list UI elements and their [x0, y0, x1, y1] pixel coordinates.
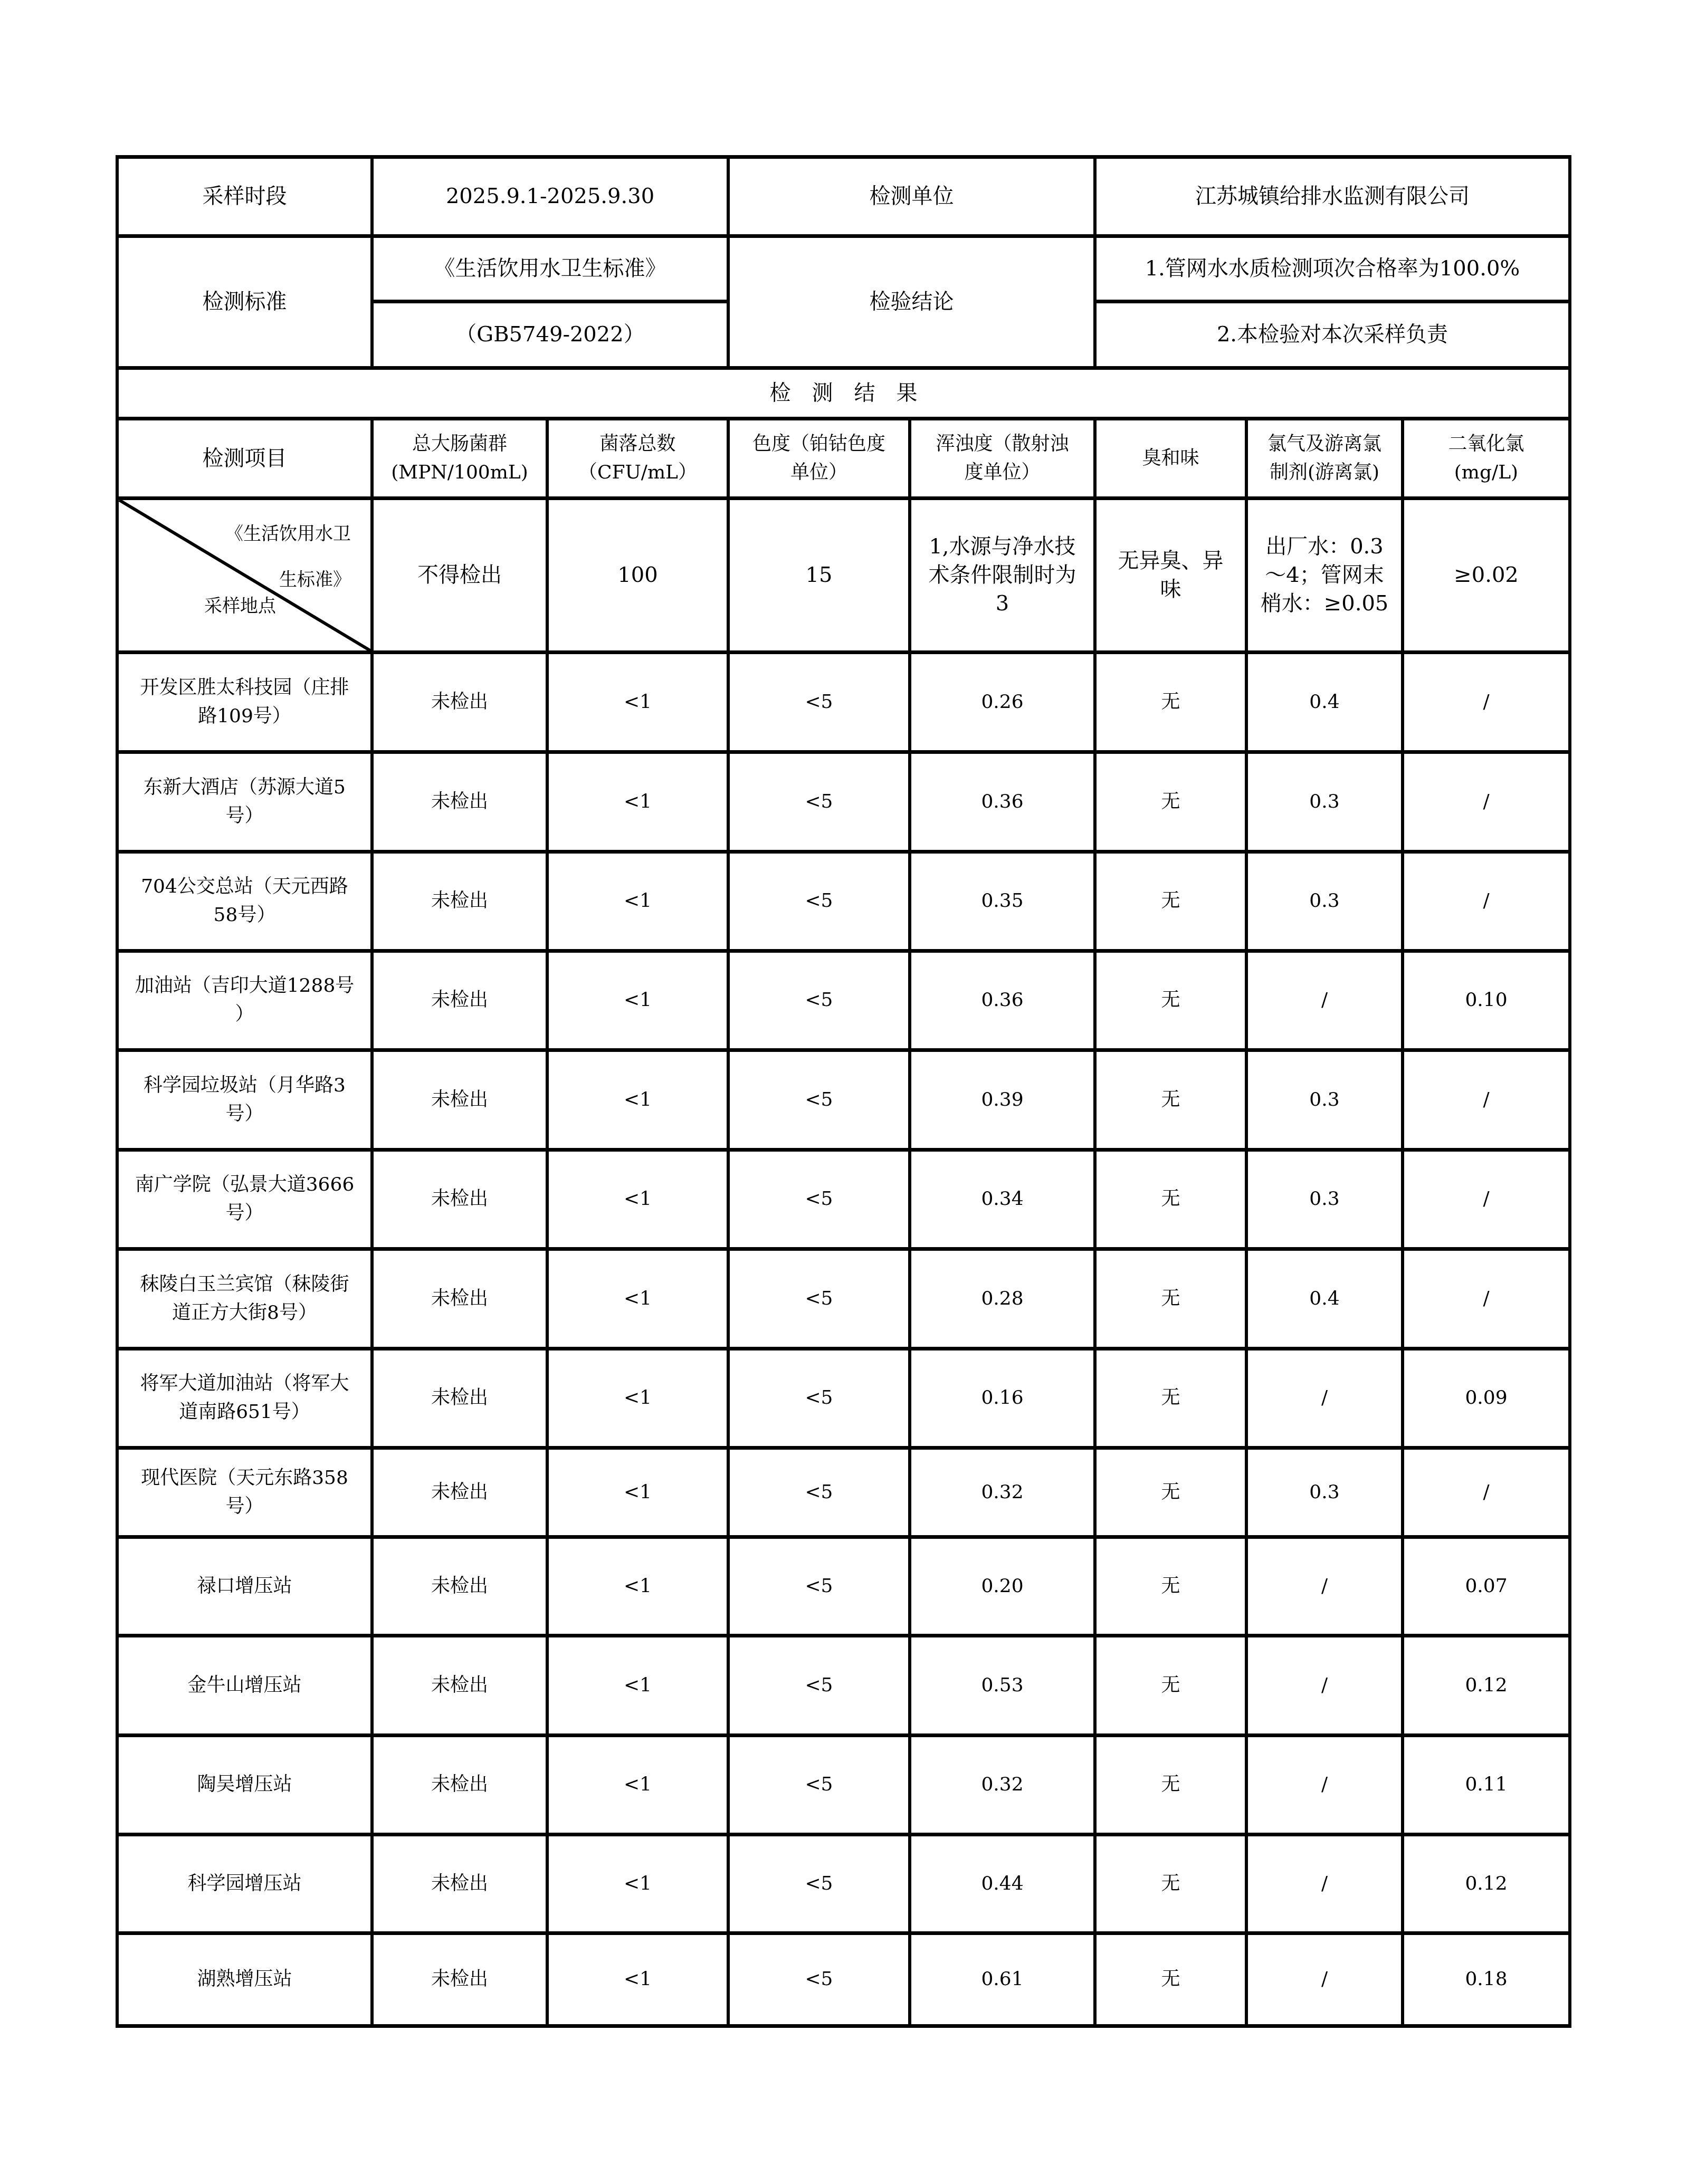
measurement-value: <1 [547, 1834, 728, 1933]
measurement-value: 0.10 [1403, 951, 1570, 1050]
measurement-value: 0.36 [910, 752, 1095, 851]
column-header: 色度（铂钴色度 单位） [728, 418, 910, 498]
period-label: 采样时段 [117, 157, 372, 236]
measurement-value: <1 [547, 1735, 728, 1834]
diagonal-standard-text-1: 《生活饮用水卫 [225, 523, 351, 544]
measurement-value: 无 [1095, 851, 1246, 951]
measurement-value: <1 [547, 1537, 728, 1635]
measurement-value: 无 [1095, 752, 1246, 851]
measurement-value: / [1246, 1933, 1403, 2026]
standard-limit: 1,水源与净水技 术条件限制时为 3 [910, 498, 1095, 652]
measurement-value: <5 [728, 951, 910, 1050]
measurement-value: 未检出 [372, 1635, 547, 1735]
table-rule [116, 1931, 1571, 1935]
measurement-value: <1 [547, 652, 728, 752]
measurement-value: / [1403, 851, 1570, 951]
measurement-value: 无 [1095, 1348, 1246, 1448]
conclusion-2: 2.本检验对本次采样负责 [1095, 301, 1570, 368]
measurement-value: 未检出 [372, 1050, 547, 1150]
table-rule [1093, 418, 1097, 2027]
measurement-value: 未检出 [372, 1150, 547, 1249]
measurement-value: / [1403, 1448, 1570, 1537]
sampling-site: 现代医院（天元东路358 号） [117, 1448, 372, 1537]
standard-limit: 100 [547, 498, 728, 652]
table-rule [116, 155, 1571, 159]
sampling-site: 湖熟增压站 [117, 1933, 372, 2026]
table-rule [116, 234, 1571, 238]
sampling-site: 开发区胜太科技园（庄排 路109号） [117, 652, 372, 752]
sampling-site: 将军大道加油站（将军大 道南路651号） [117, 1348, 372, 1448]
measurement-value: 0.07 [1403, 1537, 1570, 1635]
measurement-value: 无 [1095, 1635, 1246, 1735]
sampling-site: 南广学院（弘景大道3666 号） [117, 1150, 372, 1249]
measurement-value: 0.36 [910, 951, 1095, 1050]
measurement-value: 0.3 [1246, 851, 1403, 951]
table-rule [116, 1833, 1571, 1836]
table-rule [370, 418, 374, 2027]
measurement-value: <5 [728, 1635, 910, 1735]
measurement-value: 0.3 [1246, 1050, 1403, 1150]
measurement-value: / [1246, 1348, 1403, 1448]
measurement-value: 0.35 [910, 851, 1095, 951]
table-rule [116, 157, 119, 2027]
table-rule [116, 1148, 1571, 1152]
measurement-value: <5 [728, 1735, 910, 1834]
measurement-value: / [1246, 1735, 1403, 1834]
measurement-value: 未检出 [372, 1933, 547, 2026]
table-rule [546, 418, 549, 2027]
standard-limit: ≥0.02 [1403, 498, 1570, 652]
measurement-value: 0.16 [910, 1348, 1095, 1448]
sampling-site: 加油站（吉印大道1288号 ） [117, 951, 372, 1050]
measurement-value: / [1246, 951, 1403, 1050]
measurement-value: <5 [728, 1249, 910, 1348]
measurement-value: <5 [728, 1537, 910, 1635]
table-rule [116, 1634, 1571, 1637]
table-rule [116, 850, 1571, 854]
measurement-value: 0.18 [1403, 1933, 1570, 2026]
table-rule [1093, 300, 1571, 303]
measurement-value: <5 [728, 752, 910, 851]
measurement-value: 0.26 [910, 652, 1095, 752]
sampling-site: 东新大酒店（苏源大道5 号） [117, 752, 372, 851]
table-rule [116, 1535, 1571, 1539]
table-rule [370, 157, 374, 368]
measurement-value: <5 [728, 1448, 910, 1537]
measurement-value: 0.3 [1246, 752, 1403, 851]
table-rule [1093, 157, 1097, 368]
measurement-value: 未检出 [372, 1735, 547, 1834]
measurement-value: 无 [1095, 1448, 1246, 1537]
measurement-value: 0.3 [1246, 1150, 1403, 1249]
table-rule [727, 418, 730, 2027]
measurement-value: 0.11 [1403, 1735, 1570, 1834]
column-header: 氯气及游离氯 制剂(游离氯) [1246, 418, 1403, 498]
measurement-value: 未检出 [372, 752, 547, 851]
measurement-value: <5 [728, 1050, 910, 1150]
table-rule [116, 750, 1571, 754]
measurement-value: <1 [547, 1348, 728, 1448]
conclusion-1: 1.管网水水质检测项次合格率为100.0% [1095, 236, 1570, 301]
measurement-value: / [1403, 752, 1570, 851]
table-rule [116, 1048, 1571, 1052]
measurement-value: 未检出 [372, 1348, 547, 1448]
standard-limit: 15 [728, 498, 910, 652]
measurement-value: / [1403, 1050, 1570, 1150]
measurement-value: 0.20 [910, 1537, 1095, 1635]
table-rule [1568, 157, 1571, 2027]
measurement-value: <5 [728, 1933, 910, 2026]
table-rule [1401, 418, 1404, 2027]
sampling-site: 704公交总站（天元西路 58号） [117, 851, 372, 951]
column-header: 臭和味 [1095, 418, 1246, 498]
measurement-value: 0.09 [1403, 1348, 1570, 1448]
measurement-value: 0.53 [910, 1635, 1095, 1735]
table-rule [370, 300, 730, 303]
measurement-value: <1 [547, 1050, 728, 1150]
standard-code: （GB5749-2022） [372, 301, 728, 368]
column-header: 浑浊度（散射浊 度单位） [910, 418, 1095, 498]
measurement-value: 0.4 [1246, 1249, 1403, 1348]
table-rule [1245, 418, 1248, 2027]
standard-limit: 无异臭、异 味 [1095, 498, 1246, 652]
column-header: 总大肠菌群 (MPN/100mL) [372, 418, 547, 498]
measurement-value: / [1403, 1150, 1570, 1249]
measurement-value: <5 [728, 1348, 910, 1448]
measurement-value: <1 [547, 752, 728, 851]
sampling-site: 秣陵白玉兰宾馆（秣陵街 道正方大街8号） [117, 1249, 372, 1348]
measurement-value: <5 [728, 652, 910, 752]
table-rule [116, 366, 1571, 370]
table-rule [116, 417, 1571, 420]
sampling-site: 科学园增压站 [117, 1834, 372, 1933]
measurement-value: <1 [547, 1448, 728, 1537]
diagonal-header-cell: 《生活饮用水卫生标准》采样地点 [117, 498, 372, 652]
measurement-value: 无 [1095, 652, 1246, 752]
measurement-value: / [1246, 1635, 1403, 1735]
diagonal-standard-text-2: 生标准》 [279, 569, 351, 590]
diagonal-site-label: 采样地点 [204, 596, 276, 617]
measurement-value: 无 [1095, 1834, 1246, 1933]
table-rule [116, 1347, 1571, 1350]
table-rule [116, 496, 1571, 500]
table-rule [727, 157, 730, 368]
measurement-value: / [1403, 1249, 1570, 1348]
conclusion-label: 检验结论 [728, 236, 1095, 368]
item-label: 检测项目 [117, 418, 372, 498]
table-rule [116, 1247, 1571, 1251]
measurement-value: 0.39 [910, 1050, 1095, 1150]
table-rule [116, 2024, 1571, 2028]
measurement-value: 无 [1095, 1735, 1246, 1834]
measurement-value: 无 [1095, 951, 1246, 1050]
measurement-value: <1 [547, 1635, 728, 1735]
column-header: 菌落总数 （CFU/mL） [547, 418, 728, 498]
measurement-value: 未检出 [372, 1448, 547, 1537]
measurement-value: 0.34 [910, 1150, 1095, 1249]
measurement-value: 无 [1095, 1150, 1246, 1249]
measurement-value: 0.44 [910, 1834, 1095, 1933]
table-rule [116, 650, 1571, 654]
measurement-value: 未检出 [372, 1249, 547, 1348]
table-rule [116, 949, 1571, 953]
table-rule [908, 418, 911, 2027]
measurement-value: 0.32 [910, 1735, 1095, 1834]
standard-limit: 不得检出 [372, 498, 547, 652]
measurement-value: <1 [547, 1933, 728, 2026]
measurement-value: 无 [1095, 1933, 1246, 2026]
measurement-value: <5 [728, 1150, 910, 1249]
measurement-value: <1 [547, 851, 728, 951]
measurement-value: 未检出 [372, 951, 547, 1050]
sampling-site: 金牛山增压站 [117, 1635, 372, 1735]
table-rule [116, 1446, 1571, 1450]
measurement-value: 无 [1095, 1249, 1246, 1348]
measurement-value: <1 [547, 1249, 728, 1348]
measurement-value: 无 [1095, 1050, 1246, 1150]
standard-label: 检测标准 [117, 236, 372, 368]
measurement-value: 未检出 [372, 851, 547, 951]
unit-value: 江苏城镇给排水监测有限公司 [1095, 157, 1570, 236]
measurement-value: 0.12 [1403, 1635, 1570, 1735]
measurement-value: <5 [728, 1834, 910, 1933]
sampling-site: 陶吴增压站 [117, 1735, 372, 1834]
column-header: 二氧化氯 (mg/L) [1403, 418, 1570, 498]
water-quality-report-page: 采样时段2025.9.1-2025.9.30检测单位江苏城镇给排水监测有限公司检… [0, 0, 1687, 2184]
measurement-value: / [1246, 1537, 1403, 1635]
measurement-value: 0.3 [1246, 1448, 1403, 1537]
period-value: 2025.9.1-2025.9.30 [372, 157, 728, 236]
measurement-value: / [1403, 652, 1570, 752]
measurement-value: 未检出 [372, 1537, 547, 1635]
measurement-value: 0.28 [910, 1249, 1095, 1348]
measurement-value: 0.4 [1246, 652, 1403, 752]
measurement-value: 未检出 [372, 1834, 547, 1933]
measurement-value: 未检出 [372, 652, 547, 752]
measurement-value: 0.12 [1403, 1834, 1570, 1933]
table-rule [116, 1733, 1571, 1737]
measurement-value: <5 [728, 851, 910, 951]
measurement-value: <1 [547, 1150, 728, 1249]
measurement-value: 无 [1095, 1537, 1246, 1635]
sampling-site: 科学园垃圾站（月华路3 号） [117, 1050, 372, 1150]
sampling-site: 禄口增压站 [117, 1537, 372, 1635]
unit-label: 检测单位 [728, 157, 1095, 236]
measurement-value: / [1246, 1834, 1403, 1933]
measurement-value: <1 [547, 951, 728, 1050]
measurement-value: 0.32 [910, 1448, 1095, 1537]
results-title: 检 测 结 果 [117, 368, 1570, 418]
standard-name: 《生活饮用水卫生标准》 [372, 236, 728, 301]
standard-limit: 出厂水：0.3 ～4；管网末 梢水：≥0.05 [1246, 498, 1403, 652]
measurement-value: 0.61 [910, 1933, 1095, 2026]
